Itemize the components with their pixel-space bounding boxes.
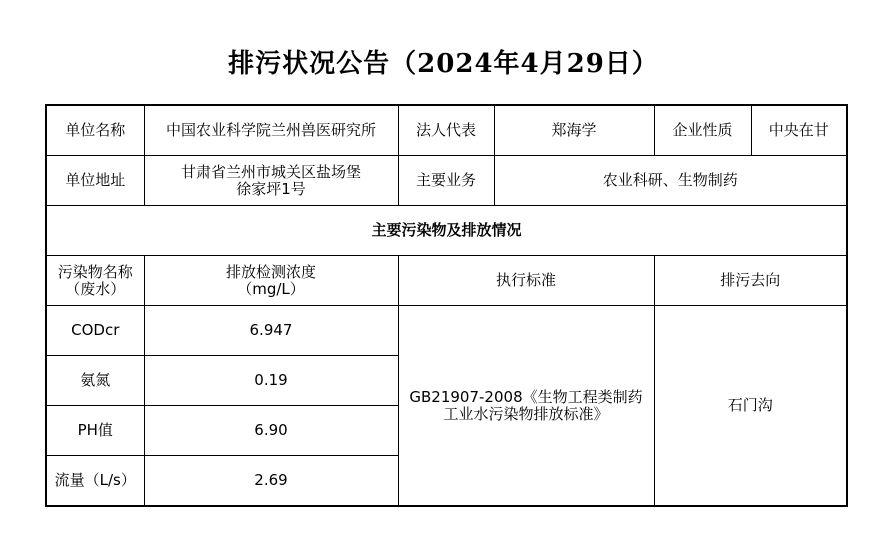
section-title: 主要污染物及排放情况 bbox=[46, 206, 847, 256]
header-standard: 执行标准 bbox=[398, 256, 654, 306]
address-row: 单位地址 甘肃省兰州市城关区盐场堡 徐家坪1号 主要业务 农业科研、生物制药 bbox=[46, 156, 847, 206]
header-pollutant-name-line1: 污染物名称 bbox=[47, 264, 144, 281]
pollutant-header-row: 污染物名称 （废水） 排放检测浓度 （mg/L） 执行标准 排污去向 bbox=[46, 256, 847, 306]
pollutant-value: 2.69 bbox=[144, 456, 398, 507]
unit-name-row: 单位名称 中国农业科学院兰州兽医研究所 法人代表 郑海学 企业性质 中央在甘 bbox=[46, 105, 847, 156]
pollutant-name: 氨氮 bbox=[46, 356, 144, 406]
pollutant-name: CODcr bbox=[46, 306, 144, 356]
unit-name-value: 中国农业科学院兰州兽医研究所 bbox=[144, 105, 398, 156]
legal-rep-value: 郑海学 bbox=[494, 105, 654, 156]
address-value: 甘肃省兰州市城关区盐场堡 徐家坪1号 bbox=[144, 156, 398, 206]
header-concentration-line2: （mg/L） bbox=[145, 281, 398, 298]
header-concentration: 排放检测浓度 （mg/L） bbox=[144, 256, 398, 306]
standard-line-1: GB21907-2008《生物工程类制药 bbox=[399, 389, 654, 406]
pollutant-name: 流量（L/s） bbox=[46, 456, 144, 507]
enterprise-nature-label: 企业性质 bbox=[654, 105, 751, 156]
destination-value: 石门沟 bbox=[654, 306, 847, 507]
standard-line-2: 工业水污染物排放标准》 bbox=[399, 406, 654, 423]
section-header-row: 主要污染物及排放情况 bbox=[46, 206, 847, 256]
unit-name-label: 单位名称 bbox=[46, 105, 144, 156]
address-line-2: 徐家坪1号 bbox=[145, 181, 398, 198]
address-line-1: 甘肃省兰州市城关区盐场堡 bbox=[145, 164, 398, 181]
address-label: 单位地址 bbox=[46, 156, 144, 206]
business-value: 农业科研、生物制药 bbox=[494, 156, 847, 206]
header-destination: 排污去向 bbox=[654, 256, 847, 306]
pollutant-value: 6.90 bbox=[144, 406, 398, 456]
pollutant-row: CODcr 6.947 GB21907-2008《生物工程类制药 工业水污染物排… bbox=[46, 306, 847, 356]
standard-value: GB21907-2008《生物工程类制药 工业水污染物排放标准》 bbox=[398, 306, 654, 507]
header-pollutant-name-line2: （废水） bbox=[47, 281, 144, 298]
pollutant-value: 6.947 bbox=[144, 306, 398, 356]
page-title: 排污状况公告（2024年4月29日） bbox=[0, 44, 887, 84]
pollutant-value: 0.19 bbox=[144, 356, 398, 406]
pollutant-name: PH值 bbox=[46, 406, 144, 456]
business-label: 主要业务 bbox=[398, 156, 494, 206]
legal-rep-label: 法人代表 bbox=[398, 105, 494, 156]
header-concentration-line1: 排放检测浓度 bbox=[145, 264, 398, 281]
pollution-report-table: 单位名称 中国农业科学院兰州兽医研究所 法人代表 郑海学 企业性质 中央在甘 单… bbox=[45, 104, 848, 507]
enterprise-nature-value: 中央在甘 bbox=[751, 105, 847, 156]
header-pollutant-name: 污染物名称 （废水） bbox=[46, 256, 144, 306]
